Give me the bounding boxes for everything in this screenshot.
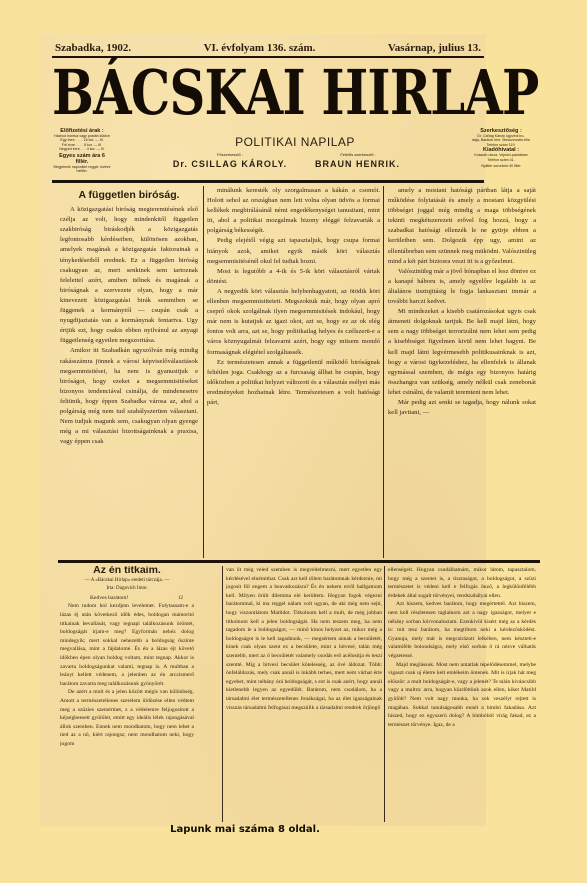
paragraph: Pedig elejétől végig azt tapasztaljuk, h…: [207, 236, 380, 266]
article2-col3: ellenségeit. Hogyan csudálhatnám, mikor …: [388, 566, 536, 822]
responsible-editor: BRAUN HENRIK.: [300, 159, 415, 169]
dateline: Szabadka, 1902. VI. évfolyam 136. szám. …: [55, 40, 481, 54]
paragraph: A közigazgatási biróság megteremtésének …: [60, 205, 198, 346]
article1-title: A független biróság.: [60, 190, 198, 200]
paragraph: De azért a mult és a jelen között mégis …: [60, 688, 194, 748]
article2-title: Az én titkaim.: [60, 566, 194, 575]
masthead-subtitle: POLITIKAI NAPILAP: [195, 135, 395, 149]
article1-col2: minálunk keresték oly szorgalmasan a kák…: [207, 186, 380, 558]
column-divider: [383, 186, 384, 558]
paragraph: Amikor itt Szabadkán ugyszólván még mind…: [60, 346, 198, 447]
paragraph: Azt hiszem, kedves barátom, hogy megérte…: [388, 600, 536, 660]
paragraph: ellenségeit. Hogyan csudálhatnám, mikor …: [388, 566, 536, 600]
single-price: Egyes szám ára 6 fillér.: [52, 153, 112, 165]
article2-author: Irta: Dugovich Imre.: [60, 585, 194, 594]
paragraph: Ez természetesen annak a függetlenül műk…: [207, 358, 380, 408]
page-marker: 12: [178, 596, 183, 601]
paragraph: Már pedig azt senki se tagadja, hogy nál…: [388, 398, 536, 418]
footer-page-count: Lapunk mai száma 8 oldal.: [95, 824, 395, 835]
article2-col2: van őt még veled szemben is megvédelmezn…: [226, 566, 382, 822]
issue-date: Vasárnap, julius 13.: [388, 42, 481, 54]
masthead-title: BÁCSKAI HIRLAP: [52, 63, 484, 123]
article1-col1: A független biróság. A közigazgatási bir…: [60, 190, 198, 556]
chief-editor: Dr. CSILLAG KÁROLY.: [170, 159, 290, 169]
paragraph: minálunk keresték oly szorgalmasan a kák…: [207, 186, 380, 236]
volume-issue: VI. évfolyam 136. szám.: [204, 42, 316, 54]
publisher-line: Kossuth-utcza, Vojnich-palotában: [466, 153, 536, 157]
article1-col3: amely a mostani hatósági pártban látja a…: [388, 186, 536, 558]
paragraph: A negyedik köri választás helybenhagyato…: [207, 287, 380, 358]
article2-subtitle: — A «Bácskai Hirlap» eredeti tárczája. —: [60, 577, 194, 586]
subscription-box: Előfizetési árak : Házhoz hordva vagy po…: [52, 128, 112, 173]
paragraph: Valószinüleg már a jövő hónapban el lesz…: [388, 267, 536, 307]
chief-editor-label: Főszerkesztő :: [185, 152, 275, 157]
paragraph: Nem tudom hol kezdjem levelemet. Folytas…: [60, 602, 194, 688]
office-box: Szerkesztőség : Dr. Csillag Károly ügyvé…: [466, 128, 536, 168]
paragraph: Mi mindezeket a kisebb csatározásokat ug…: [388, 307, 536, 398]
column-divider: [203, 186, 204, 558]
place-year: Szabadka, 1902.: [55, 42, 131, 54]
header-rule: [52, 180, 484, 183]
section-rule: [58, 560, 540, 563]
ad-note: Nyilttér soronkint 40 fillér: [466, 164, 536, 168]
paragraph: amely a mostani hatósági pártban látja a…: [388, 186, 536, 267]
publisher-line: Telefon szám 41.: [466, 158, 536, 162]
paragraph: Majd meglássuk. Most nem untatlak tépelő…: [388, 661, 536, 730]
paragraph: van őt még veled szemben is megvédelmezn…: [226, 566, 382, 712]
column-divider: [222, 566, 223, 822]
article2-col1: Az én titkaim. — A «Bácskai Hirlap» ered…: [60, 566, 194, 822]
column-divider: [384, 566, 385, 822]
responsible-editor-label: Felelős szerkesztő :: [313, 152, 403, 157]
publication-note: Megjelenik naponkint reggel, kivéve hétf…: [52, 165, 112, 174]
paragraph: Kedves barátom!: [60, 594, 194, 603]
subscription-line: Negyed évre . . . 4 kor. — fil.: [52, 147, 112, 151]
paragraph: Most is legutóbb a 4-ik és 5-ik köri vál…: [207, 267, 380, 287]
